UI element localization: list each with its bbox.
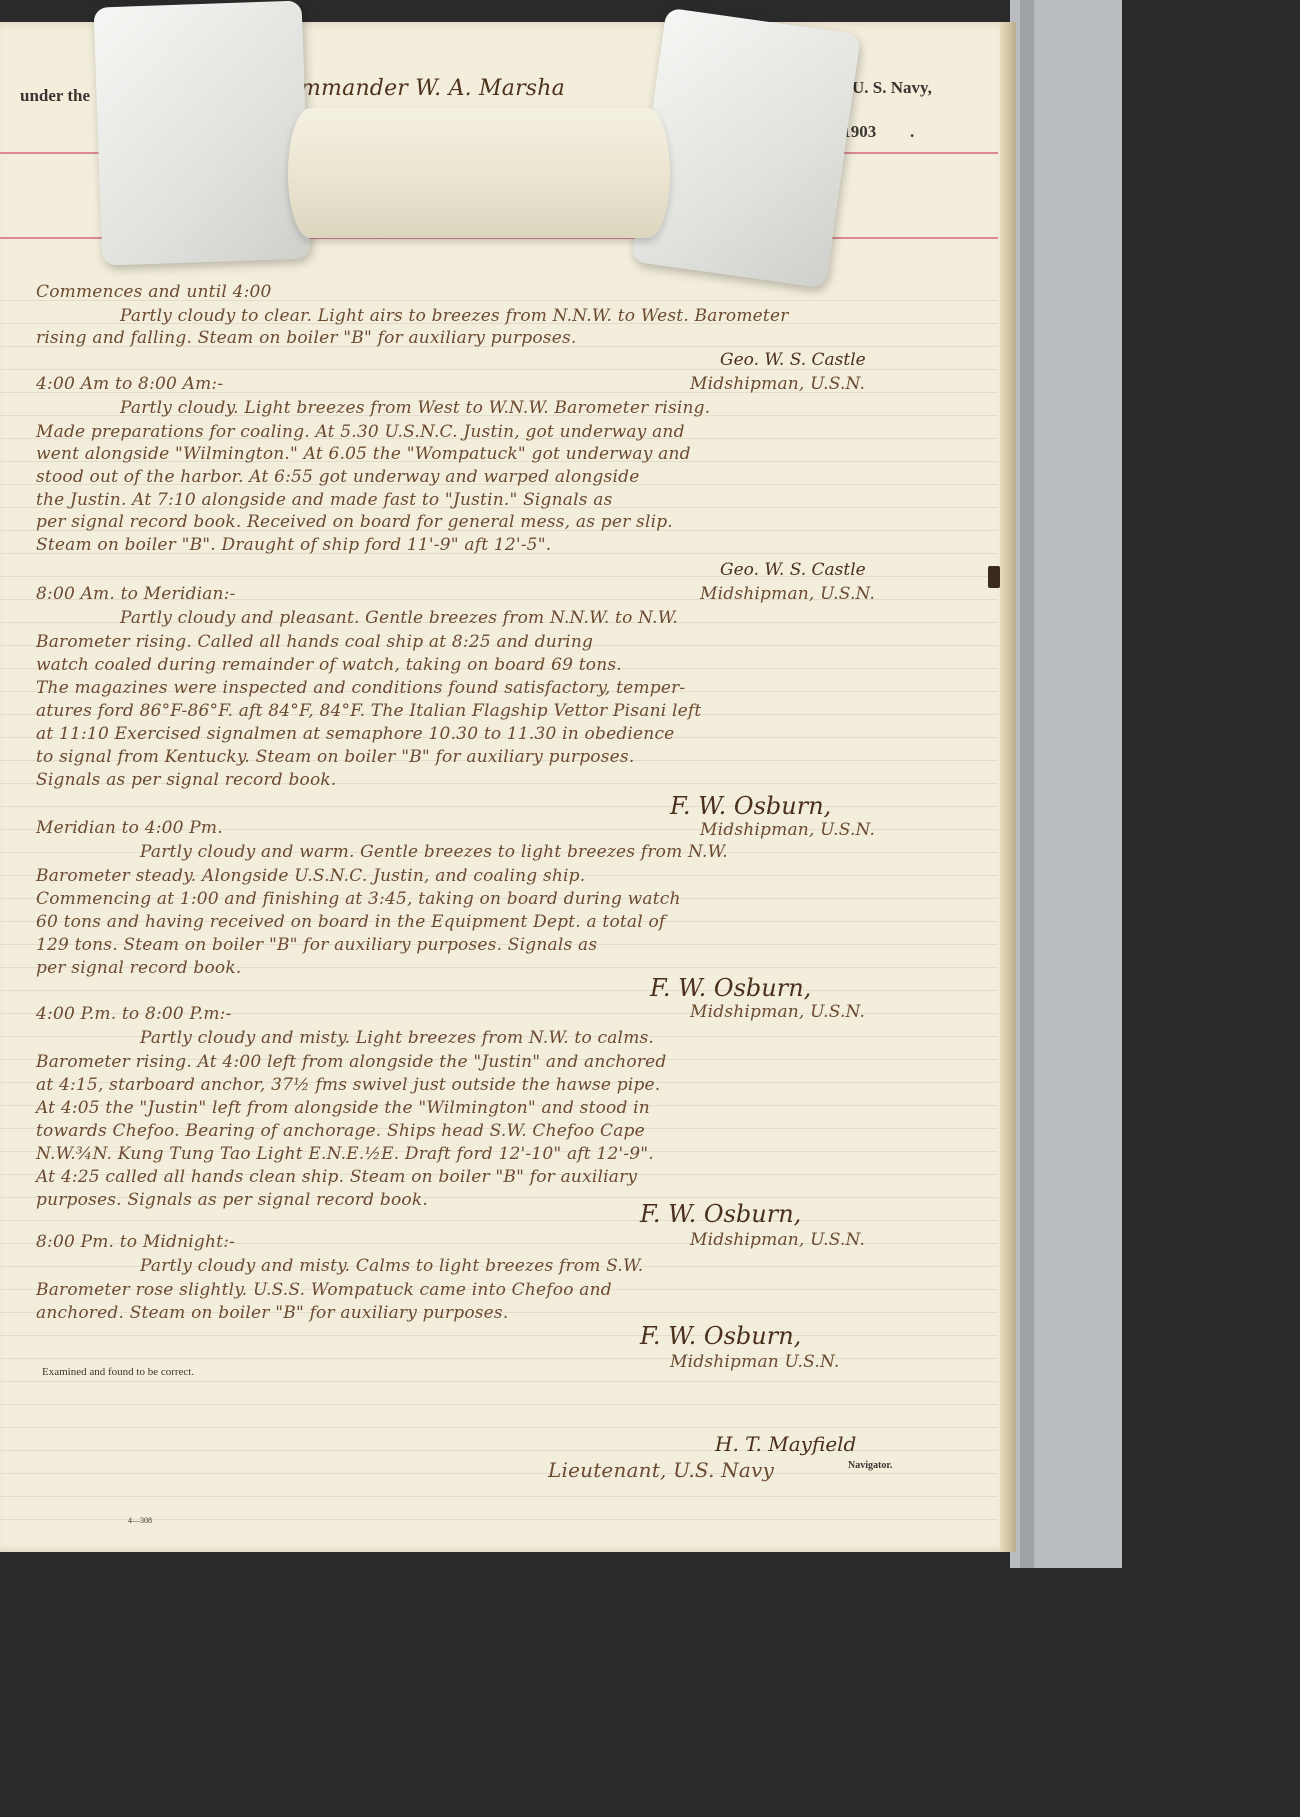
signature: Geo. W. S. Castle (720, 350, 866, 370)
ruled-line (0, 1335, 998, 1336)
ruled-line (0, 1381, 998, 1382)
entry-line: Barometer rose slightly. U.S.S. Wompatuc… (36, 1280, 612, 1300)
entry-line: Barometer rising. Called all hands coal … (36, 632, 593, 652)
entry-line: Steam on boiler "B". Draught of ship for… (36, 535, 551, 555)
rank: Midshipman U.S.N. (670, 1352, 840, 1372)
entry-line: per signal record book. Received on boar… (36, 512, 673, 532)
entry-line: Partly cloudy and pleasant. Gentle breez… (120, 608, 678, 628)
entry-line: rising and falling. Steam on boiler "B" … (36, 328, 577, 348)
entry-line: Partly cloudy. Light breezes from West t… (120, 398, 710, 418)
entry-line: N.W.¾N. Kung Tung Tao Light E.N.E.½E. Dr… (36, 1144, 654, 1164)
entry-line: went alongside "Wilmington." At 6.05 the… (36, 444, 691, 464)
entry-heading: Meridian to 4:00 Pm. (36, 818, 223, 838)
entry-line: At 4:05 the "Justin" left from alongside… (36, 1098, 650, 1118)
entry-heading: 8:00 Am. to Meridian:- (36, 584, 236, 604)
entry-line: Signals as per signal record book. (36, 770, 337, 790)
entry-line: per signal record book. (36, 958, 241, 978)
form-number: 4—308 (128, 1516, 152, 1525)
rank: Midshipman, U.S.N. (690, 1230, 865, 1250)
entry-heading: Commences and until 4:00 (36, 282, 272, 302)
entry-line: The magazines were inspected and conditi… (36, 678, 685, 698)
entry-line: Made preparations for coaling. At 5.30 U… (36, 422, 685, 442)
rank: Midshipman, U.S.N. (690, 374, 865, 394)
navigator-label: Navigator. (848, 1460, 892, 1471)
entry-line: watch coaled during remainder of watch, … (36, 655, 622, 675)
entry-line: at 4:15, starboard anchor, 37½ fms swive… (36, 1075, 660, 1095)
signature: F. W. Osburn, (640, 1200, 801, 1228)
ruled-line (0, 990, 998, 991)
printed-under-the: under the (20, 86, 90, 106)
entry-line: 60 tons and having received on board in … (36, 912, 665, 932)
entry-line: Barometer steady. Alongside U.S.N.C. Jus… (36, 866, 585, 886)
entry-line: Commencing at 1:00 and finishing at 3:45… (36, 889, 681, 909)
ruled-line (0, 1404, 998, 1405)
entry-line: Barometer rising. At 4:00 left from alon… (36, 1052, 667, 1072)
rank: Midshipman, U.S.N. (700, 584, 875, 604)
entry-heading: 4:00 Am to 8:00 Am:- (36, 374, 223, 394)
printed-period: . (910, 122, 914, 142)
navigator-rank: Lieutenant, U.S. Navy (548, 1458, 774, 1482)
rank: Midshipman, U.S.N. (700, 820, 875, 840)
entry-line: towards Chefoo. Bearing of anchorage. Sh… (36, 1121, 645, 1141)
printed-us-navy: U. S. Navy, (852, 78, 932, 98)
rank: Midshipman, U.S.N. (690, 1002, 865, 1022)
signature: F. W. Osburn, (670, 792, 831, 820)
entry-line: Partly cloudy and misty. Calms to light … (140, 1256, 643, 1276)
page-edge (1000, 22, 1016, 1552)
entry-line: to signal from Kentucky. Steam on boiler… (36, 747, 634, 767)
entry-line: stood out of the harbor. At 6:55 got und… (36, 467, 639, 487)
paper-roll-weight (288, 108, 670, 238)
examined-text: Examined and found to be correct. (42, 1366, 194, 1378)
page-tab-marker (988, 566, 1000, 588)
entry-heading: 4:00 P.m. to 8:00 P.m:- (36, 1004, 232, 1024)
cloth-weight-left (94, 0, 311, 265)
navigator-signature: H. T. Mayfield (715, 1432, 856, 1456)
entry-line: anchored. Steam on boiler "B" for auxili… (36, 1303, 508, 1323)
entry-line: Partly cloudy and misty. Light breezes f… (140, 1028, 654, 1048)
commander-name: mmander W. A. Marsha (300, 76, 565, 101)
ruled-line (0, 1496, 998, 1497)
signature: F. W. Osburn, (640, 1322, 801, 1350)
background-shadow (1020, 0, 1034, 1568)
ruled-line (0, 1427, 998, 1428)
entry-line: 129 tons. Steam on boiler "B" for auxili… (36, 935, 597, 955)
ruled-line (0, 1220, 998, 1221)
entry-line: at 11:10 Exercised signalmen at semaphor… (36, 724, 674, 744)
entry-line: Partly cloudy to clear. Light airs to br… (120, 306, 789, 326)
signature: Geo. W. S. Castle (720, 560, 866, 580)
ruled-line (0, 1358, 998, 1359)
entry-line: purposes. Signals as per signal record b… (36, 1190, 428, 1210)
ruled-line (0, 1473, 998, 1474)
entry-line: Partly cloudy and warm. Gentle breezes t… (140, 842, 728, 862)
ruled-line (0, 806, 998, 807)
entry-line: At 4:25 called all hands clean ship. Ste… (36, 1167, 637, 1187)
signature: F. W. Osburn, (650, 974, 811, 1002)
entry-heading: 8:00 Pm. to Midnight:- (36, 1232, 235, 1252)
entry-line: atures ford 86°F-86°F. aft 84°F, 84°F. T… (36, 701, 701, 721)
entry-line: the Justin. At 7:10 alongside and made f… (36, 490, 613, 510)
